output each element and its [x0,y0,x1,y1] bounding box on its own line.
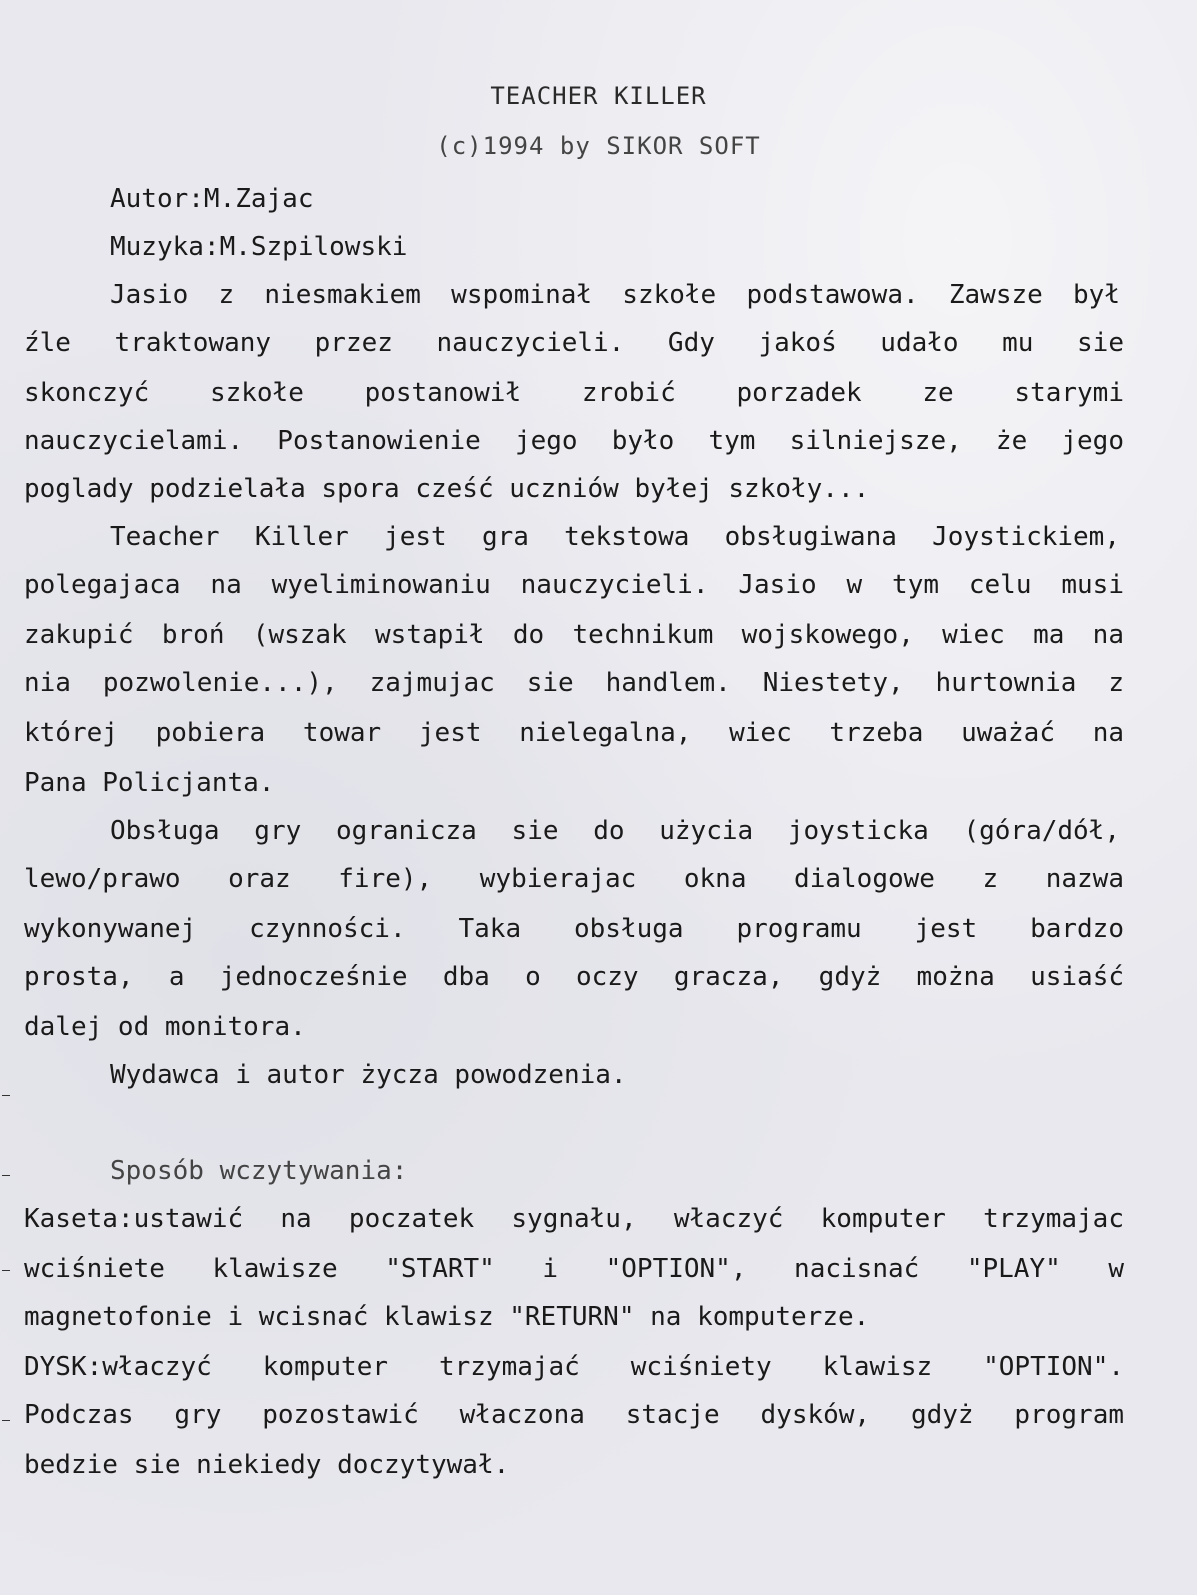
paragraph-line: poglady podzielała spora cześć uczniów b… [24,474,1124,504]
paragraph-line: skonczyć szkołe postanowił zrobić porzad… [24,378,1124,408]
paragraph-line: zakupić broń (wszak wstapił do technikum… [24,620,1124,650]
scanned-page: TEACHER KILLER (c)1994 by SIKOR SOFT Aut… [0,0,1197,1595]
document-title: TEACHER KILLER [0,82,1197,110]
loading-heading: Sposób wczytywania: [110,1156,407,1186]
paragraph-line: Pana Policjanta. [24,768,1124,798]
paragraph-line: Teacher Killer jest gra tekstowa obsługi… [110,522,1120,552]
paragraph-line: polegajaca na wyeliminowaniu nauczycieli… [24,570,1124,600]
paragraph-line: nia pozwolenie...), zajmujac sie handlem… [24,668,1124,698]
paragraph-line: Jasio z niesmakiem wspominał szkołe pods… [110,280,1120,310]
loading-line: Kaseta:ustawić na poczatek sygnału, włac… [24,1204,1124,1234]
margin-mark [2,1175,10,1176]
paragraph-line: dalej od monitora. [24,1012,1124,1042]
paragraph-line: Obsługa gry ogranicza sie do użycia joys… [110,816,1120,846]
margin-mark [2,1420,10,1421]
paragraph-line: wykonywanej czynności. Taka obsługa prog… [24,914,1124,944]
loading-line: Podczas gry pozostawić właczona stacje d… [24,1400,1124,1430]
author-credit: Autor:M.Zajac [110,184,314,214]
loading-line: bedzie sie niekiedy doczytywał. [24,1450,1124,1480]
margin-mark [2,1095,10,1096]
closing-line: Wydawca i autor życza powodzenia. [110,1060,627,1090]
paragraph-line: źle traktowany przez nauczycieli. Gdy ja… [24,328,1124,358]
paragraph-line: prosta, a jednocześnie dba o oczy gracza… [24,962,1124,992]
loading-line: wciśniete klawisze "START" i "OPTION", n… [24,1254,1124,1284]
loading-line: DYSK:właczyć komputer trzymajać wciśniet… [24,1352,1124,1382]
music-credit: Muzyka:M.Szpilowski [110,232,407,262]
paragraph-line: nauczycielami. Postanowienie jego było t… [24,426,1124,456]
loading-line: magnetofonie i wcisnać klawisz "RETURN" … [24,1302,1124,1332]
paragraph-line: której pobiera towar jest nielegalna, wi… [24,718,1124,748]
copyright-line: (c)1994 by SIKOR SOFT [0,132,1197,160]
margin-mark [2,1270,10,1271]
paragraph-line: lewo/prawo oraz fire), wybierajac okna d… [24,864,1124,894]
